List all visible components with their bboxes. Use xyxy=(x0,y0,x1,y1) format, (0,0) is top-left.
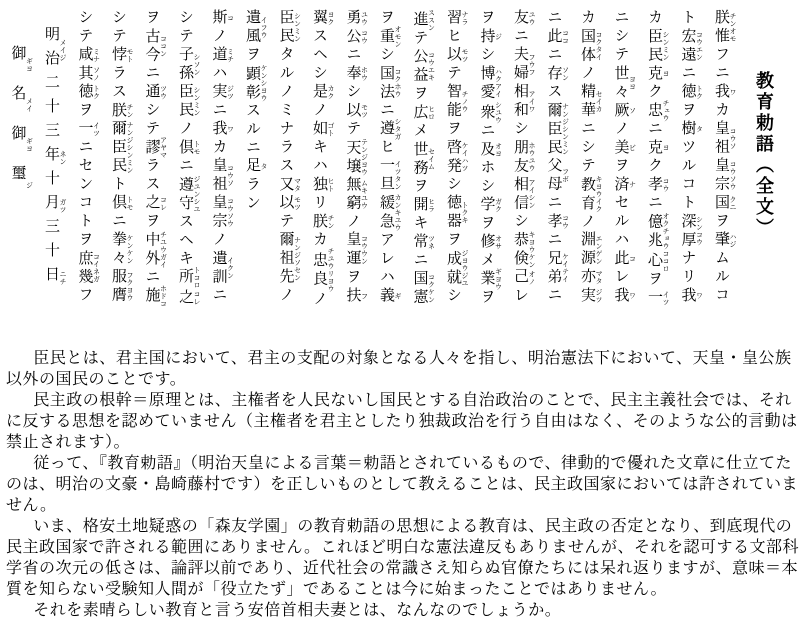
document-page: 教育勅語（全文） 朕惟チンオモフニ我ワカ皇祖コウソ皇宗コウソウ国クニヲ肇ハジムル… xyxy=(0,0,810,621)
rescript-column-10: 進ススンテ公益コウエキヲ広ヒロメ世務セイムヲ開ヒラキ常ツネニ国憲コクケン xyxy=(402,9,436,336)
commentary-section: 臣民とは、君主国において、君主の支配の対象となる人々を指し、明治憲法下において、… xyxy=(0,348,810,621)
rescript-text: 朕惟チンオモフニ我ワカ皇祖コウソ皇宗コウソウ国クニヲ肇ハジムルコト宏遠コウエンニ… xyxy=(0,9,737,336)
rescript-column-20: シテ咸ミナ其ソノ徳トクヲ一イツニセンコトヲ庶幾コイネガフ xyxy=(67,9,101,336)
rescript-column-1: 朕惟チンオモフニ我ワカ皇祖コウソ皇宗コウソウ国クニヲ肇ハジムルコ xyxy=(704,9,738,336)
rescript-column-13: 翼ヨクスヘシ是カクノ如ゴトキハ独ヒトリ朕チンカ忠良チユウリヨウノ xyxy=(302,9,336,336)
rescript-column-7: 友ユウニ夫婦フウフ相和アイワシ朋友ホウユウ相信アイシンシ恭倹キヨウケン己オノレ xyxy=(503,9,537,336)
rescript-column-2: ト宏遠コウエンニ徳トクヲ樹タツルコト深厚シンコウナリ我ワ xyxy=(670,9,704,336)
commentary-paragraph: 民主政の根幹＝原理とは、主権者を人民ないし国民とする自治政治のことで、民主主義社… xyxy=(6,390,802,453)
rescript-column-9: 習ナラヒ以モツテ智能チノウヲ啓発ケイハツシ徳器トクキヲ成就ジヨウジユシ xyxy=(436,9,470,336)
rescript-column-12: 勇ユウ公コウニ奉ホウシ以モツテ天壌テンジヨウ無窮ムキユウノ皇運コウウンヲ扶フ xyxy=(335,9,369,336)
rescript-column-19: シテ悖モトラス朕チン爾臣民ナンジシンミント倶トモニ拳々ケンケン服膺フクヨウ xyxy=(101,9,135,336)
rescript-column-16: 斯コノ道ミチハ実ジツニ我ワカ皇祖コウソ皇宗コウソウノ遺訓イクンニ xyxy=(201,9,235,336)
rescript-column-14: 臣民シンミンタルノミナラス又マタ以モツテ爾祖先ナンジソセンノ xyxy=(268,9,302,336)
rescript-column-11: ヲ重オモンシ国法コクホウニ遵シタガヒ一旦イツタン緩急カンキユウアレハ義ギ xyxy=(369,9,403,336)
rescript-section: 教育勅語（全文） 朕惟チンオモフニ我ワカ皇祖コウソ皇宗コウソウ国クニヲ肇ハジムル… xyxy=(0,0,787,336)
rescript-column-18: ヲ古今ココンニ通ツウシテ謬アヤマラス之コレヲ中外チユウガイニ施ホドコ xyxy=(134,9,168,336)
rescript-column-15: 遺風イフウヲ顕彰ケンシヨウスルニ足タラン xyxy=(235,9,269,336)
imperial-seal-column: 御ギヨ名メイ御ギヨ璽ジ xyxy=(0,9,34,336)
rescript-title: 教育勅語（全文） xyxy=(749,9,779,336)
commentary-paragraph: いま、格安土地疑惑の「森友学園」の教育勅語の思想による教育は、民主政の否定となり… xyxy=(6,516,802,600)
commentary-paragraph: それを素晴らしい教育と言う安倍首相夫妻とは、なんなのでしょうか。 xyxy=(6,600,802,621)
commentary-paragraph: 従って、『教育勅語』（明治天皇による言葉＝勅語とされているもので、律動的で優れた… xyxy=(6,453,802,516)
rescript-column-17: シテ子孫シソン臣民シンミンノ倶トモニ遵守ジユンシユスヘキ所トコロ之コレ xyxy=(168,9,202,336)
rescript-column-8: ヲ持ジシ博愛ハクアイ衆シユウニ及オヨホシ学ガクヲ修オサメ業ギヨウヲ xyxy=(469,9,503,336)
rescript-column-5: カ国体コクタイノ精華セイカニシテ教育キヨウイクノ淵源エンゲン亦マタ実ジツ xyxy=(570,9,604,336)
rescript-column-4: ニシテ世々ヨヨ厥ソノ美ビヲ済ナセルハ此コレ我ワ xyxy=(603,9,637,336)
rescript-column-6: ニ此ココニ存ソンス爾臣民ナンジシンミン父母フボニ孝コウニ兄弟ケイテイニ xyxy=(536,9,570,336)
commentary-paragraph: 臣民とは、君主国において、君主の支配の対象となる人々を指し、明治憲法下において、… xyxy=(6,348,802,390)
date-column: 明治メイジ二十三年ネン十月ガツ三十日ニチ xyxy=(34,9,68,336)
rescript-column-3: カ臣民シンミン克ヨク忠チュウニ克ヨク孝コウニ億兆オクチョウ心ココロヲ一イツ xyxy=(637,9,671,336)
